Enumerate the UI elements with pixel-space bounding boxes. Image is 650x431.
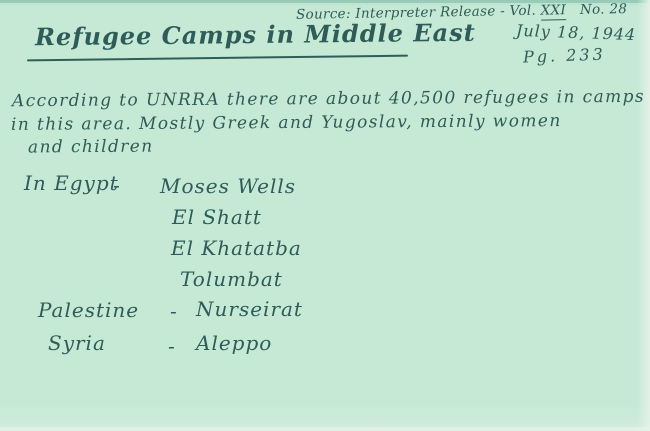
region-label-palestine: Palestine <box>38 298 139 322</box>
region-dash-palestine: - <box>170 299 178 323</box>
note-card: Source: Interpreter Release - Vol. XXI N… <box>0 0 650 431</box>
paragraph-line-2: in this area. Mostly Greek and Yugoslav,… <box>11 111 562 135</box>
scan-edge-bottom <box>0 427 650 431</box>
region-label-syria: Syria <box>48 331 106 355</box>
source-number: No. 28 <box>580 1 628 18</box>
page-number: Pg. 233 <box>523 45 606 67</box>
source-volume: XXI <box>541 2 567 20</box>
camp-aleppo: Aleppo <box>196 331 272 355</box>
region-dash-egypt: - <box>113 173 121 197</box>
date-line: July 18, 1944 <box>516 21 637 44</box>
region-dash-syria: - <box>168 334 176 358</box>
title-underline <box>27 55 408 62</box>
paragraph-line-3: and children <box>28 137 154 158</box>
camp-el-shatt: El Shatt <box>172 205 262 229</box>
region-label-egypt: In Egypt <box>24 171 119 195</box>
camp-moses-wells: Moses Wells <box>160 174 296 198</box>
paragraph-line-1: According to UNRRA there are about 40,50… <box>12 87 645 111</box>
scan-edge-right <box>637 0 650 431</box>
camp-el-khatatba: El Khatatba <box>171 236 302 260</box>
note-title: Refugee Camps in Middle East <box>35 18 476 52</box>
camp-nurseirat: Nurseirat <box>196 297 303 321</box>
camp-tolumbat: Tolumbat <box>180 267 283 291</box>
